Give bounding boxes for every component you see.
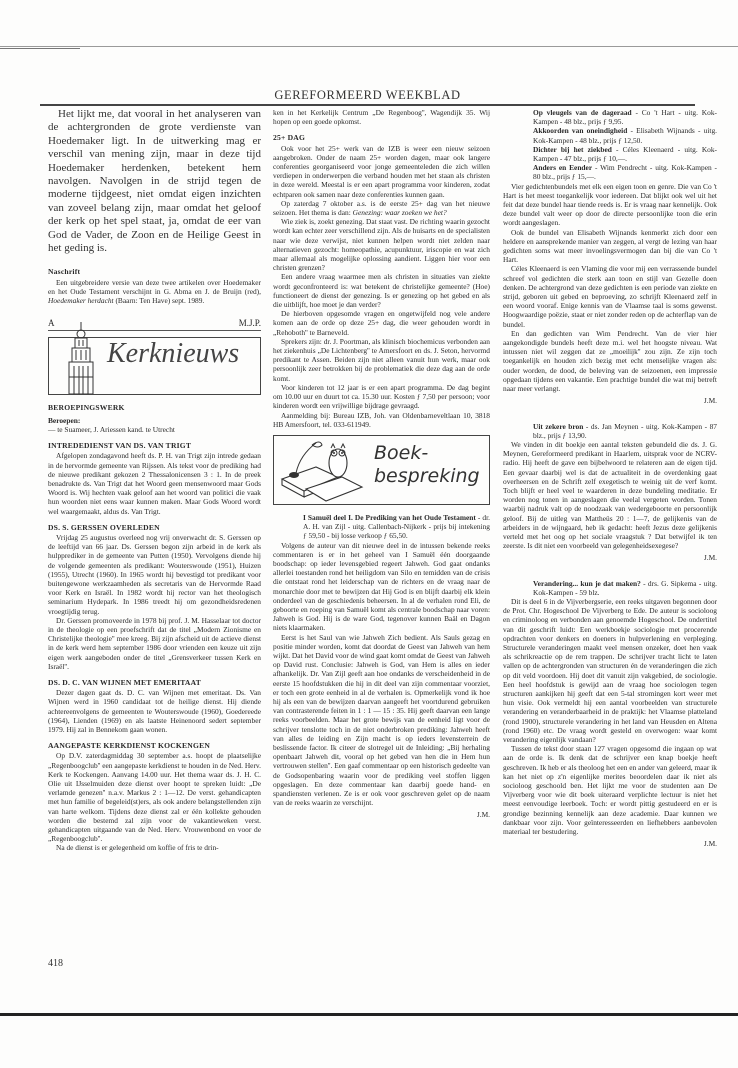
middle-column: ken in het Kerkelijk Centrum „De Regenbo… (273, 108, 490, 820)
kerknieuws-title: Kerknieuws (107, 349, 239, 358)
book-title: Op vleugels van de dageraad (533, 108, 632, 117)
right-column: Op vleugels van de dageraad - Co 't Hart… (503, 108, 717, 848)
dag-paragraph: Aanmelding bij: Bureau IZB, Joh. van Old… (273, 411, 490, 429)
review-paragraph: We vinden in dit boekje een aantal tekst… (503, 440, 717, 550)
review-paragraph: Tussen de tekst door staan 127 vragen op… (503, 744, 717, 836)
kerknieuws-banner: Kerknieuws (48, 337, 261, 395)
book-entry: Akkoorden van oneindigheid - Elisabeth W… (503, 126, 717, 144)
book-entry: I Samuël deel I. De Prediking van het Ou… (273, 513, 490, 541)
owl-on-books-icon (276, 437, 372, 503)
boekbespreking-title-line2: bespreking (374, 465, 480, 488)
bottom-rule (0, 1013, 738, 1016)
book-entry: Uit zekere bron - ds. Jan Meynen - uitg.… (503, 422, 717, 440)
section-heading: DS. S. GERSSEN OVERLEDEN (48, 523, 261, 532)
book-title: Uit zekere bron (533, 422, 583, 431)
dag-paragraph: Sprekers zijn: dr. J. Poortman, als klin… (273, 337, 490, 383)
boekbespreking-title: Boek- bespreking (374, 442, 480, 488)
page-number: 418 (48, 958, 63, 969)
boekbespreking-banner: Boek- bespreking (273, 435, 490, 505)
beroepen-label: Beroepen: (48, 416, 261, 425)
dag-theme: Genezing: waar zoeken we het? (353, 208, 447, 217)
signature-left: A (48, 319, 55, 328)
book-entry: Anders en Eender - Wim Pendrecht - uitg.… (503, 163, 717, 181)
section-paragraph: Afgelopen zondagavond heeft ds. P. H. va… (48, 451, 261, 515)
review-signature: J.M. (503, 553, 717, 562)
section-heading: AANGEPASTE KERKDIENST KOCKENGEN (48, 741, 261, 750)
left-column: Het lijkt me, dat vooral in het analyser… (48, 108, 261, 853)
beroepen-item: — te Suameer, J. Ariessen kand. te Utrec… (48, 425, 261, 434)
review-paragraph: Eerst is het Saul van wie Jahweh Zich be… (273, 633, 490, 808)
book-title: Akkoorden van oneindigheid (533, 126, 627, 135)
church-tower-icon (61, 322, 101, 394)
naschrift-text: Een uitgebreidere versie van deze twee a… (48, 278, 261, 306)
boekbespreking-title-line1: Boek- (374, 442, 480, 465)
review-paragraph: Volgens de auteur van dit nieuwe deel in… (273, 541, 490, 633)
section-heading: DS. D. C. VAN WIJNEN MET EMERITAAT (48, 678, 261, 687)
book-title: Anders en Eender (533, 163, 592, 172)
book-title: I Samuël deel I. De Prediking van het Ou… (303, 513, 476, 522)
review-paragraph: Dit is deel 6 in de Vijverbergserie, een… (503, 597, 717, 744)
top-rule (0, 46, 738, 47)
continuation-paragraph: ken in het Kerkelijk Centrum „De Regenbo… (273, 108, 490, 126)
dag-paragraph: Een andere vraag waarmee men als christe… (273, 272, 490, 309)
section-paragraph: Op D.V. zaterdagmiddag 30 september a.s.… (48, 751, 261, 843)
masthead-title: GEREFORMEERD WEEKBLAD (40, 88, 695, 103)
book-entry: Op vleugels van de dageraad - Co 't Hart… (503, 108, 717, 126)
book-title: Dichter bij het ziekbed (533, 145, 612, 154)
section-paragraph: Vrijdag 25 augustus overleed nog vrij on… (48, 533, 261, 616)
masthead-rule (40, 104, 695, 106)
section-paragraph: Dezer dagen gaat ds. D. C. van Wijnen me… (48, 688, 261, 734)
section-paragraph: Dr. Gerssen promoveerde in 1978 bij prof… (48, 616, 261, 671)
dag-paragraph: Voor kinderen tot 12 jaar is er een apar… (273, 383, 490, 411)
dag-paragraph: Ook voor het 25+ werk van de IZB is weer… (273, 144, 490, 199)
book-entry: Dichter bij het ziekbed - Céles Kleenaer… (503, 145, 717, 163)
naschrift-text-1: Een uitgebreidere versie van deze twee a… (48, 278, 261, 296)
dag-paragraph: Wie ziek is, zoekt genezing. Dat staat v… (273, 217, 490, 272)
review-paragraph: En dan gedichten van Wim Pendrecht. Van … (503, 329, 717, 393)
review-signature: J.M. (273, 810, 490, 819)
naschrift-text-2: (Baarn: Ten Have) sept. 1989. (114, 296, 205, 305)
section-heading: INTREDEDIENST VAN DS. VAN TRIGT (48, 441, 261, 450)
naschrift-book-title: Hoedemaker herdacht (48, 296, 114, 305)
beroepingswerk-heading: BEROEPINGSWERK (48, 403, 261, 412)
book-entry: Verandering... kun je dat maken? - drs. … (503, 579, 717, 597)
naschrift-heading: Naschrift (48, 267, 261, 276)
review-paragraph: Céles Kleenaerd is een Vlaming die voor … (503, 264, 717, 328)
book-title: Verandering... kun je dat maken? (533, 579, 641, 588)
dag-paragraph: De hierboven opgesomde vragen en ongetwi… (273, 309, 490, 337)
section-paragraph: Na de dienst is er gelegenheid om koffie… (48, 843, 261, 852)
top-rule-accent (0, 48, 80, 49)
review-signature: J.M. (503, 839, 717, 848)
signature-right: M.J.P. (239, 319, 261, 328)
review-signature: J.M. (503, 396, 717, 405)
dag-paragraph: Op zaterdag 7 oktober a.s. is de eerste … (273, 199, 490, 217)
review-paragraph: Ook de bundel van Elisabeth Wijnands ken… (503, 228, 717, 265)
review-paragraph: Vier gedichtenbundels met elk een eigen … (503, 182, 717, 228)
dag-heading: 25+ DAG (273, 133, 490, 142)
lead-paragraph: Het lijkt me, dat vooral in het analyser… (48, 108, 261, 255)
